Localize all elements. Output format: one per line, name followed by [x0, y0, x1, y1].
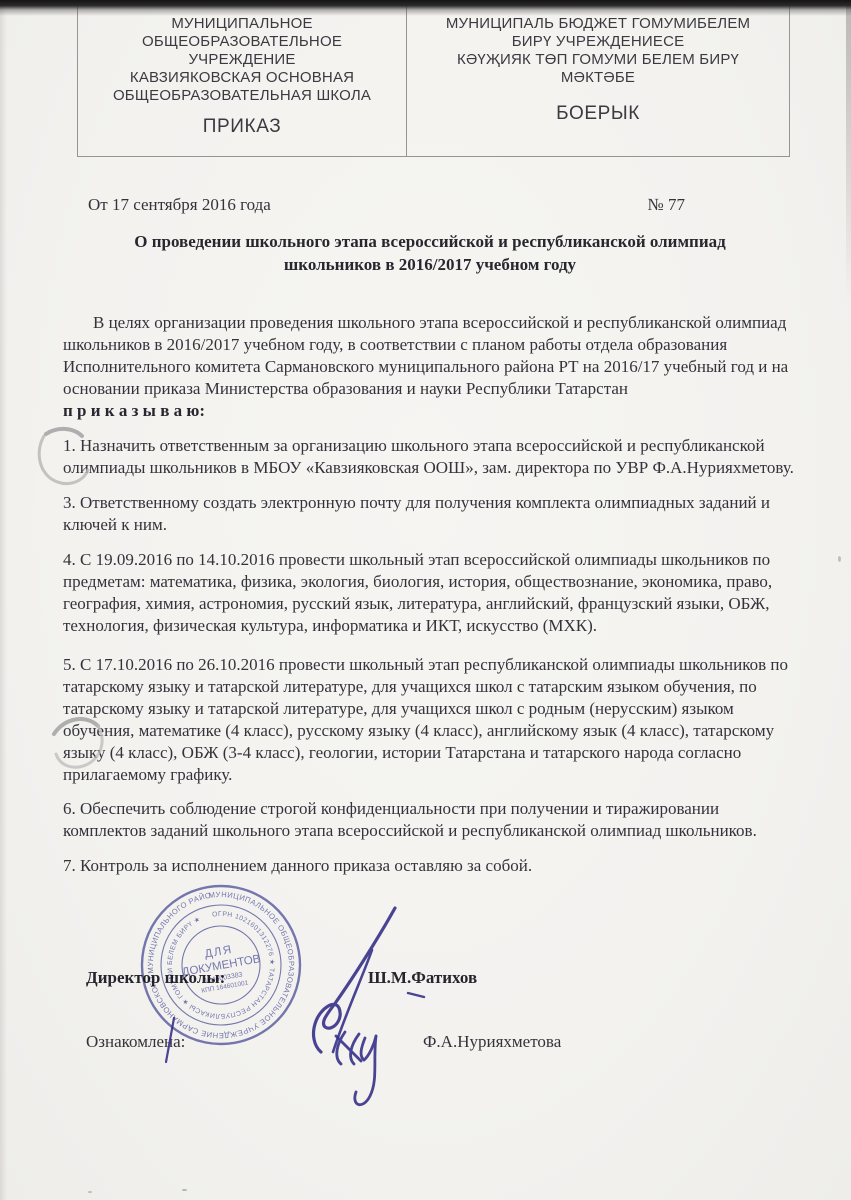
org-name-line: МУНИЦИПАЛЬНОЕ	[78, 15, 406, 33]
org-name-line: КАВЗИЯКОВСКАЯ ОСНОВНАЯ	[78, 69, 406, 87]
order-body: В целях организации проведения школьного…	[63, 312, 799, 877]
scanner-right-edge	[846, 0, 851, 300]
order-title-line: школьников в 2016/2017 учебном году	[63, 253, 797, 276]
order-item-5: 5. С 17.10.2016 по 26.10.2016 провести ш…	[63, 654, 799, 786]
scanner-top-edge	[0, 0, 851, 16]
doc-type-tatar: БОЕРЫК	[407, 103, 789, 125]
scanner-left-shadow	[0, 0, 7, 1200]
order-number: № 77	[648, 195, 797, 215]
letterhead-table: МУНИЦИПАЛЬНОЕ ОБЩЕОБРАЗОВАТЕЛЬНОЕ УЧРЕЖД…	[77, 5, 790, 157]
scan-speck	[694, 565, 697, 567]
order-title: О проведении школьного этапа всероссийск…	[63, 230, 797, 276]
hole-punch-mark	[34, 420, 98, 488]
handwritten-signatures	[140, 880, 470, 1130]
scan-speck	[182, 1189, 187, 1191]
order-item-6: 6. Обеспечить соблюдение строгой конфиде…	[63, 798, 799, 842]
order-item-7: 7. Контроль за исполнением данного прика…	[63, 855, 799, 877]
org-name-line: МУНИЦИПАЛЬ БЮДЖЕТ ГОМУМИБЕЛЕМ	[407, 15, 789, 33]
scan-speck	[838, 556, 841, 562]
org-name-line: БИРҮ УЧРЕЖДЕНИЕСЕ	[407, 33, 789, 51]
acknowledged-signature	[166, 1018, 376, 1105]
order-item-1: 1. Назначить ответственным за организаци…	[63, 435, 799, 479]
doc-type-russian: ПРИКАЗ	[78, 116, 406, 138]
org-name-line: МӘКТӘБЕ	[407, 69, 789, 87]
hole-punch-mark	[44, 708, 108, 774]
preamble: В целях организации проведения школьного…	[63, 312, 799, 400]
org-name-line: ОБЩЕОБРАЗОВАТЕЛЬНОЕ	[78, 33, 406, 51]
org-name-line: ОБЩЕОБРАЗОВАТЕЛЬНАЯ ШКОЛА	[78, 87, 406, 105]
letterhead-russian-cell: МУНИЦИПАЛЬНОЕ ОБЩЕОБРАЗОВАТЕЛЬНОЕ УЧРЕЖД…	[78, 5, 407, 156]
director-signature	[314, 908, 424, 1052]
decree-word: п р и к а з ы в а ю:	[63, 400, 799, 422]
org-name-line: УЧРЕЖДЕНИЕ	[78, 51, 406, 69]
order-item-4: 4. С 19.09.2016 по 14.10.2016 провести ш…	[63, 549, 799, 637]
date-line: От 17 сентября 2016 года	[63, 195, 271, 215]
scan-speck	[88, 1191, 92, 1193]
letterhead-tatar-cell: МУНИЦИПАЛЬ БЮДЖЕТ ГОМУМИБЕЛЕМ БИРҮ УЧРЕЖ…	[407, 5, 789, 156]
date-number-row: От 17 сентября 2016 года № 77	[63, 195, 797, 215]
scanned-order-page: МУНИЦИПАЛЬНОЕ ОБЩЕОБРАЗОВАТЕЛЬНОЕ УЧРЕЖД…	[0, 0, 851, 1200]
order-item-3: 3. Ответственному создать электронную по…	[63, 492, 799, 536]
order-title-line: О проведении школьного этапа всероссийск…	[63, 230, 797, 253]
org-name-line: КӘҮҖИЯК ТӨП ГОМУМИ БЕЛЕМ БИРҮ	[407, 51, 789, 69]
